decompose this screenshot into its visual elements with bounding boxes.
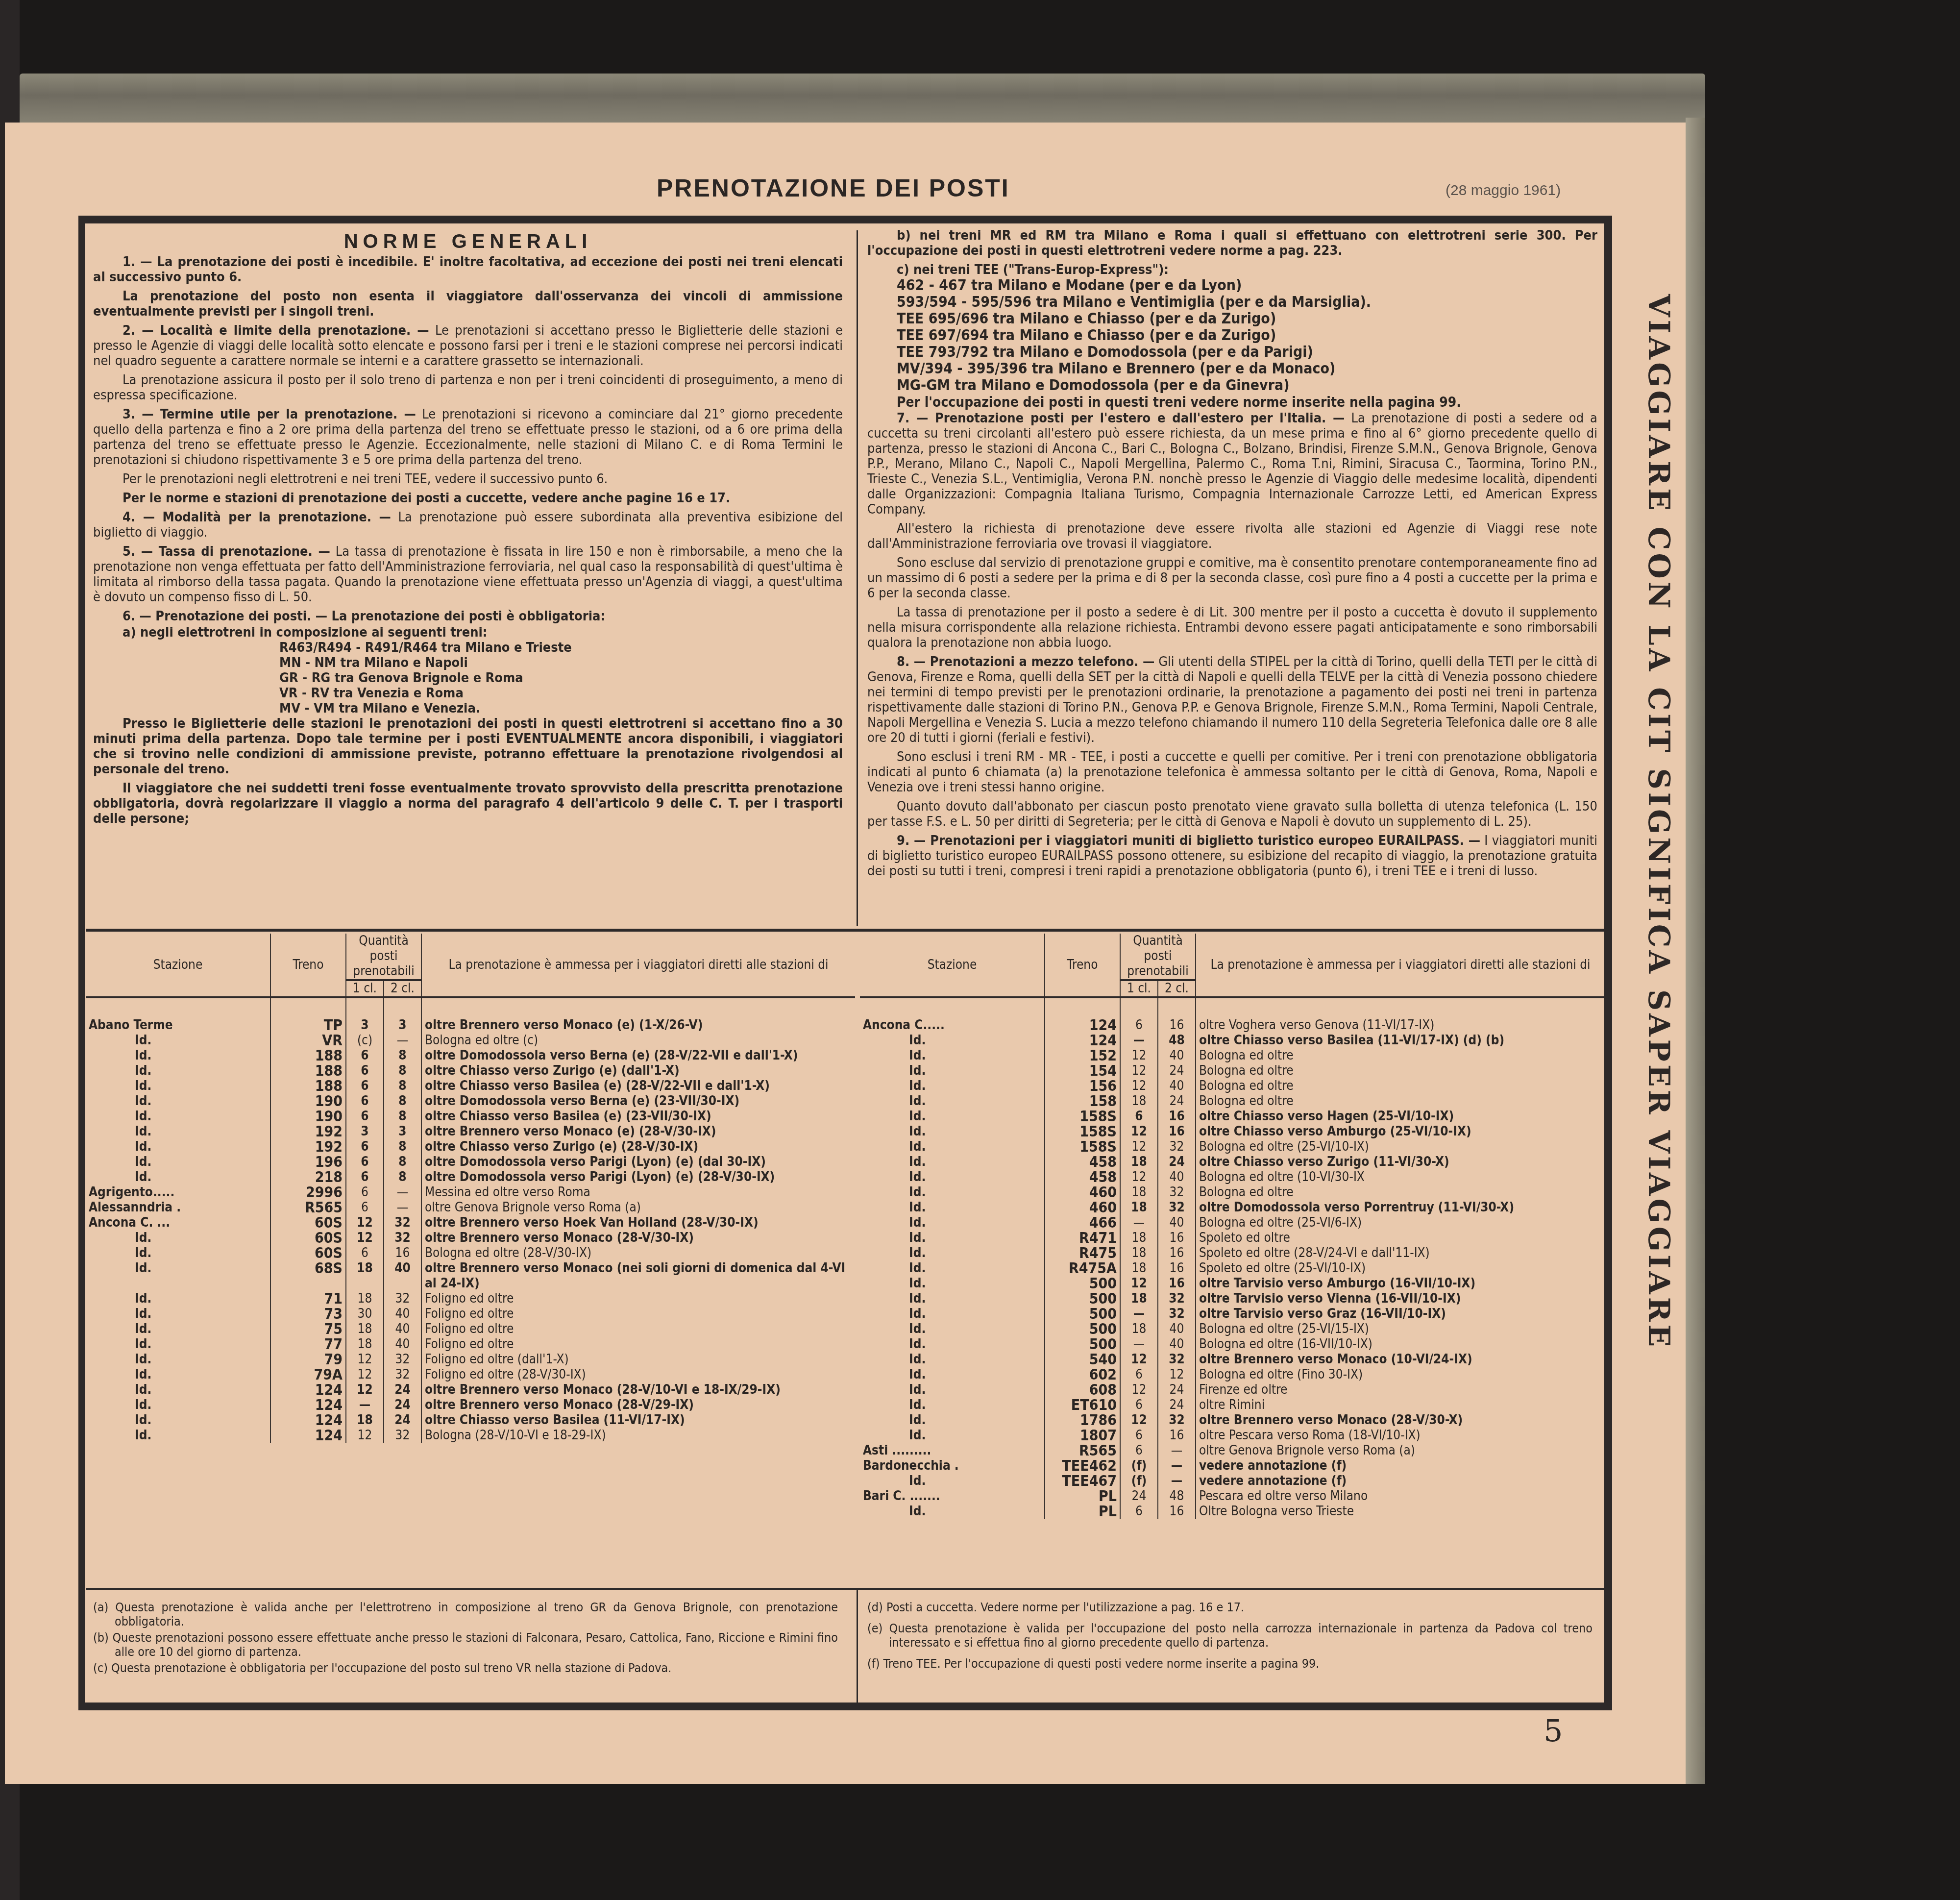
destination-cell: oltre Brennero verso Monaco (28-V/30-X) xyxy=(1196,1413,1605,1428)
second-class-seats-cell: 40 xyxy=(1158,1170,1196,1185)
col-header-treno: Treno xyxy=(270,934,346,997)
train-cell: TEE467 xyxy=(1045,1474,1120,1489)
train-cell: R475A xyxy=(1045,1261,1120,1276)
train-cell: 500 xyxy=(1045,1307,1120,1322)
destination-cell: oltre Chiasso verso Basilea (e) (28-V/22… xyxy=(421,1079,855,1094)
station-cell: Id. xyxy=(86,1124,270,1139)
destination-cell: oltre Domodossola verso Berna (e) (23-VI… xyxy=(421,1094,855,1109)
first-class-seats-cell: 12 xyxy=(1120,1276,1158,1291)
col-header-destinazione: La prenotazione è ammessa per i viaggiat… xyxy=(421,934,855,997)
first-class-seats-cell: 18 xyxy=(1120,1185,1158,1200)
train-cell: 158 xyxy=(1045,1094,1120,1109)
station-cell: Id. xyxy=(860,1215,1045,1231)
destination-cell: oltre Brennero verso Monaco (10-VI/24-IX… xyxy=(1196,1352,1605,1367)
second-class-seats-cell: 32 xyxy=(1158,1200,1196,1215)
first-class-seats-cell: 12 xyxy=(1120,1079,1158,1094)
col-header-2cl: 2 cl. xyxy=(384,980,421,997)
first-class-seats-cell: 12 xyxy=(346,1352,384,1367)
tee-train-line: TEE 697/694 tra Milano e Chiasso (per e … xyxy=(897,327,1597,344)
table-body-left: Abano TermeTP33oltre Brennero verso Mona… xyxy=(86,997,855,1443)
footnotes-column-divider xyxy=(857,1590,858,1710)
destination-cell: oltre Chiasso verso Hagen (25-VI/10-IX) xyxy=(1196,1109,1605,1124)
second-class-seats-cell: 8 xyxy=(384,1079,421,1094)
second-class-seats-cell: 16 xyxy=(1158,1109,1196,1124)
first-class-seats-cell: 12 xyxy=(346,1215,384,1231)
first-class-seats-cell: 6 xyxy=(346,1170,384,1185)
destination-cell: oltre Chiasso verso Basilea (11-VI/17-IX… xyxy=(421,1413,855,1428)
train-line: VR - RV tra Venezia e Roma xyxy=(279,686,843,701)
first-class-seats-cell: 6 xyxy=(346,1139,384,1155)
station-cell: Id. xyxy=(86,1094,270,1109)
table-row: Id.18868oltre Chiasso verso Zurigo (e) (… xyxy=(86,1063,855,1079)
table-row: Id.4581824oltre Chiasso verso Zurigo (11… xyxy=(860,1155,1605,1170)
station-cell: Id. xyxy=(860,1231,1045,1246)
norme-p8-title: 8. — Prenotazioni a mezzo telefono. — xyxy=(897,654,1154,669)
first-class-seats-cell: 12 xyxy=(1120,1124,1158,1139)
second-class-seats-cell: 3 xyxy=(384,1124,421,1139)
footnotes-divider xyxy=(86,1588,1605,1590)
station-cell: Alessanndria . xyxy=(86,1200,270,1215)
destination-cell: Spoleto ed oltre xyxy=(1196,1231,1605,1246)
norme-p6b: b) nei treni MR ed RM tra Milano e Roma … xyxy=(867,228,1597,258)
station-cell: Id. xyxy=(860,1322,1045,1337)
norme-right-column: b) nei treni MR ed RM tra Milano e Roma … xyxy=(867,228,1597,883)
first-class-seats-cell: 18 xyxy=(346,1291,384,1307)
destination-cell: Bologna ed oltre (c) xyxy=(421,1033,855,1048)
norme-p6a-trains: R463/R494 - R491/R464 tra Milano e Tries… xyxy=(279,640,843,716)
destination-cell: oltre Domodossola verso Parigi (Lyon) (e… xyxy=(421,1155,855,1170)
destination-cell: Bologna ed oltre (25-VI/10-IX) xyxy=(1196,1139,1605,1155)
table-row: Id.VR(c)—Bologna ed oltre (c) xyxy=(86,1033,855,1048)
train-cell: 124 xyxy=(270,1428,346,1443)
footnotes-right: (d) Posti a cuccetta. Vedere norme per l… xyxy=(867,1600,1592,1673)
table-row: Id.18868oltre Chiasso verso Basilea (e) … xyxy=(86,1079,855,1094)
norme-p8c: Quanto dovuto dall'abbonato per ciascun … xyxy=(867,799,1597,829)
station-cell: Id. xyxy=(86,1231,270,1246)
station-cell: Ancona C..... xyxy=(860,1018,1045,1033)
second-class-seats-cell: — xyxy=(384,1033,421,1048)
second-class-seats-cell: — xyxy=(1158,1474,1196,1489)
station-cell: Id. xyxy=(86,1307,270,1322)
destination-cell: Oltre Bologna verso Trieste xyxy=(1196,1504,1605,1519)
station-cell: Id. xyxy=(86,1170,270,1185)
second-class-seats-cell: 48 xyxy=(1158,1033,1196,1048)
table-row: Id.5401232oltre Brennero verso Monaco (1… xyxy=(860,1352,1605,1367)
table-row: Abano TermeTP33oltre Brennero verso Mona… xyxy=(86,1018,855,1033)
col-header-stazione: Stazione xyxy=(860,934,1045,997)
table-row: Ancona C.....124616oltre Voghera verso G… xyxy=(860,1018,1605,1033)
second-class-seats-cell: — xyxy=(384,1200,421,1215)
destination-cell: Foligno ed oltre (dall'1-X) xyxy=(421,1352,855,1367)
train-cell: 60S xyxy=(270,1231,346,1246)
table-row: Id.1241224oltre Brennero verso Monaco (2… xyxy=(86,1382,855,1398)
second-class-seats-cell: — xyxy=(1158,1458,1196,1474)
first-class-seats-cell: — xyxy=(346,1398,384,1413)
train-cell: 124 xyxy=(1045,1033,1120,1048)
norme-p3-title: 3. — Termine utile per la prenotazione. … xyxy=(122,407,416,422)
train-cell: 188 xyxy=(270,1063,346,1079)
train-cell: 158S xyxy=(1045,1124,1120,1139)
train-cell: 124 xyxy=(270,1382,346,1398)
first-class-seats-cell: 12 xyxy=(346,1231,384,1246)
second-class-seats-cell: 40 xyxy=(384,1261,421,1291)
first-class-seats-cell: (f) xyxy=(1120,1474,1158,1489)
station-cell: Id. xyxy=(860,1337,1045,1352)
train-cell: 73 xyxy=(270,1307,346,1322)
second-class-seats-cell: 3 xyxy=(384,1018,421,1033)
table-row: Asti .........R5656—oltre Genova Brignol… xyxy=(860,1443,1605,1458)
destination-cell: Foligno ed oltre xyxy=(421,1307,855,1322)
first-class-seats-cell: 12 xyxy=(1120,1413,1158,1428)
train-cell: R475 xyxy=(1045,1246,1120,1261)
tee-train-line: MG-GM tra Milano e Domodossola (per e da… xyxy=(897,377,1597,394)
train-cell: 500 xyxy=(1045,1276,1120,1291)
train-cell: 190 xyxy=(270,1109,346,1124)
train-cell: ET610 xyxy=(1045,1398,1120,1413)
station-cell: Id. xyxy=(86,1063,270,1079)
tee-train-line: 462 - 467 tra Milano e Modane (per e da … xyxy=(897,277,1597,294)
destination-cell: vedere annotazione (f) xyxy=(1196,1474,1605,1489)
table-row: Id.5001832oltre Tarvisio verso Vienna (1… xyxy=(860,1291,1605,1307)
norme-left-column: NORME GENERALI 1. — La prenotazione dei … xyxy=(93,230,843,830)
destination-cell: oltre Chiasso verso Zurigo (e) (28-V/30-… xyxy=(421,1139,855,1155)
station-cell: Id. xyxy=(86,1367,270,1382)
footnote-f: (f) Treno TEE. Per l'occupazione di ques… xyxy=(867,1656,1592,1671)
col-header-treno: Treno xyxy=(1045,934,1120,997)
second-class-seats-cell: 16 xyxy=(1158,1428,1196,1443)
first-class-seats-cell: 18 xyxy=(346,1337,384,1352)
station-cell: Id. xyxy=(86,1352,270,1367)
table-row: Id.500—40Bologna ed oltre (16-VII/10-IX) xyxy=(860,1337,1605,1352)
train-cell: 460 xyxy=(1045,1200,1120,1215)
second-class-seats-cell: 16 xyxy=(1158,1231,1196,1246)
second-class-seats-cell: 16 xyxy=(1158,1246,1196,1261)
table-row: Id.6081224Firenze ed oltre xyxy=(860,1382,1605,1398)
table-row: Id.158S616oltre Chiasso verso Hagen (25-… xyxy=(860,1109,1605,1124)
train-cell: R565 xyxy=(1045,1443,1120,1458)
destination-cell: Foligno ed oltre xyxy=(421,1322,855,1337)
train-cell: TP xyxy=(270,1018,346,1033)
second-class-seats-cell: 8 xyxy=(384,1048,421,1063)
train-cell: 156 xyxy=(1045,1079,1120,1094)
table-row: Id.5001216oltre Tarvisio verso Amburgo (… xyxy=(860,1276,1605,1291)
second-class-seats-cell: 32 xyxy=(384,1231,421,1246)
second-class-seats-cell: 32 xyxy=(384,1291,421,1307)
destination-cell: Bologna ed oltre xyxy=(1196,1048,1605,1063)
norme-heading: NORME GENERALI xyxy=(93,234,843,249)
station-cell: Id. xyxy=(860,1276,1045,1291)
norme-p5: 5. — Tassa di prenotazione. — La tassa d… xyxy=(93,544,843,605)
train-cell: R471 xyxy=(1045,1231,1120,1246)
first-class-seats-cell: 6 xyxy=(346,1200,384,1215)
norme-p2: 2. — Località e limite della prenotazion… xyxy=(93,323,843,369)
first-class-seats-cell: 18 xyxy=(1120,1231,1158,1246)
second-class-seats-cell: — xyxy=(384,1185,421,1200)
table-row: Id.466—40Bologna ed oltre (25-VI/6-IX) xyxy=(860,1215,1605,1231)
tee-train-line: TEE 793/792 tra Milano e Domodossola (pe… xyxy=(897,344,1597,361)
first-class-seats-cell: 3 xyxy=(346,1018,384,1033)
station-cell: Id. xyxy=(860,1124,1045,1139)
norme-p5-title: 5. — Tassa di prenotazione. — xyxy=(122,544,330,559)
train-cell: TEE462 xyxy=(1045,1458,1120,1474)
norme-p3b: Per le prenotazioni negli elettrotreni e… xyxy=(93,471,843,487)
station-cell: Id. xyxy=(860,1352,1045,1367)
second-class-seats-cell: 32 xyxy=(1158,1352,1196,1367)
first-class-seats-cell: 6 xyxy=(1120,1398,1158,1413)
table-row: Agrigento.....29966—Messina ed oltre ver… xyxy=(86,1185,855,1200)
reservation-table-right: Stazione Treno Quantità posti prenotabil… xyxy=(860,934,1605,1519)
second-class-seats-cell: 40 xyxy=(1158,1079,1196,1094)
train-cell: 71 xyxy=(270,1291,346,1307)
table-row: Id.19068oltre Domodossola verso Berna (e… xyxy=(86,1094,855,1109)
footnotes-left: (a) Questa prenotazione è valida anche p… xyxy=(93,1600,838,1677)
destination-cell: oltre Brennero verso Hoek Van Holland (2… xyxy=(421,1215,855,1231)
second-class-seats-cell: 8 xyxy=(384,1139,421,1155)
station-cell: Id. xyxy=(860,1109,1045,1124)
first-class-seats-cell: 18 xyxy=(346,1322,384,1337)
first-class-seats-cell: — xyxy=(1120,1307,1158,1322)
first-class-seats-cell: (f) xyxy=(1120,1458,1158,1474)
first-class-seats-cell: 6 xyxy=(346,1063,384,1079)
norme-p7-title: 7. — Prenotazione posti per l'estero e d… xyxy=(897,411,1345,426)
destination-cell: oltre Tarvisio verso Graz (16-VII/10-IX) xyxy=(1196,1307,1605,1322)
second-class-seats-cell: 40 xyxy=(384,1322,421,1337)
station-cell: Id. xyxy=(86,1337,270,1352)
first-class-seats-cell: 18 xyxy=(1120,1246,1158,1261)
destination-cell: oltre Chiasso verso Zurigo (11-VI/30-X) xyxy=(1196,1155,1605,1170)
norme-p6-presso: Presso le Biglietterie delle stazioni le… xyxy=(93,716,843,777)
table-row: Id.17861232oltre Brennero verso Monaco (… xyxy=(860,1413,1605,1428)
norme-p4: 4. — Modalità per la prenotazione. — La … xyxy=(93,510,843,540)
second-class-seats-cell: 16 xyxy=(1158,1504,1196,1519)
first-class-seats-cell: 6 xyxy=(346,1094,384,1109)
train-line: MV - VM tra Milano e Venezia. xyxy=(279,701,843,716)
station-cell: Agrigento..... xyxy=(86,1185,270,1200)
col-header-1cl: 1 cl. xyxy=(1120,980,1158,997)
footnote-d: (d) Posti a cuccetta. Vedere norme per l… xyxy=(867,1600,1592,1614)
destination-cell: Bologna ed oltre (Fino 30-IX) xyxy=(1196,1367,1605,1382)
first-class-seats-cell: 12 xyxy=(1120,1048,1158,1063)
station-cell: Id. xyxy=(860,1200,1045,1215)
table-row: Id.1521240Bologna ed oltre xyxy=(860,1048,1605,1063)
station-cell: Id. xyxy=(860,1033,1045,1048)
first-class-seats-cell: 6 xyxy=(1120,1367,1158,1382)
table-row: Id.19668oltre Domodossola verso Parigi (… xyxy=(86,1155,855,1170)
tee-train-line: MV/394 - 395/396 tra Milano e Brennero (… xyxy=(897,361,1597,377)
station-cell: Id. xyxy=(86,1246,270,1261)
first-class-seats-cell: 6 xyxy=(346,1185,384,1200)
train-cell: 188 xyxy=(270,1079,346,1094)
second-class-seats-cell: 24 xyxy=(1158,1398,1196,1413)
destination-cell: oltre Rimini xyxy=(1196,1398,1605,1413)
first-class-seats-cell: 6 xyxy=(1120,1504,1158,1519)
first-class-seats-cell: 6 xyxy=(346,1109,384,1124)
train-cell: 60S xyxy=(270,1246,346,1261)
first-class-seats-cell: 3 xyxy=(346,1124,384,1139)
first-class-seats-cell: 24 xyxy=(1120,1489,1158,1504)
destination-cell: oltre Tarvisio verso Vienna (16-VII/10-I… xyxy=(1196,1291,1605,1307)
first-class-seats-cell: (c) xyxy=(346,1033,384,1048)
train-cell: 124 xyxy=(1045,1018,1120,1033)
table-row: Id.19068oltre Chiasso verso Basilea (e) … xyxy=(86,1109,855,1124)
station-cell: Id. xyxy=(86,1033,270,1048)
second-class-seats-cell: 24 xyxy=(384,1398,421,1413)
destination-cell: Bologna ed oltre (16-VII/10-IX) xyxy=(1196,1337,1605,1352)
footnote-c: (c) Questa prenotazione è obbligatoria p… xyxy=(93,1661,838,1675)
first-class-seats-cell: — xyxy=(1120,1215,1158,1231)
first-class-seats-cell: 18 xyxy=(346,1261,384,1291)
train-cell: 500 xyxy=(1045,1322,1120,1337)
station-cell: Id. xyxy=(860,1048,1045,1063)
destination-cell: oltre Brennero verso Monaco (nei soli gi… xyxy=(421,1261,855,1291)
second-class-seats-cell: 24 xyxy=(1158,1094,1196,1109)
second-class-seats-cell: 24 xyxy=(384,1382,421,1398)
second-class-seats-cell: 32 xyxy=(1158,1307,1196,1322)
footnote-a: (a) Questa prenotazione è valida anche p… xyxy=(93,1600,838,1629)
page-number: 5 xyxy=(1543,1713,1563,1749)
col-header-quantita: Quantità posti prenotabili xyxy=(1120,934,1196,980)
station-cell: Bardonecchia . xyxy=(860,1458,1045,1474)
second-class-seats-cell: 32 xyxy=(1158,1185,1196,1200)
train-cell: 192 xyxy=(270,1124,346,1139)
train-cell: 540 xyxy=(1045,1352,1120,1367)
destination-cell: Bologna ed oltre (10-VI/30-IX xyxy=(1196,1170,1605,1185)
first-class-seats-cell: 12 xyxy=(346,1428,384,1443)
second-class-seats-cell: 16 xyxy=(1158,1261,1196,1276)
norme-p2-title: 2. — Località e limite della prenotazion… xyxy=(122,323,429,338)
destination-cell: oltre Genova Brignole verso Roma (a) xyxy=(421,1200,855,1215)
destination-cell: oltre Brennero verso Monaco (28-V/29-IX) xyxy=(421,1398,855,1413)
station-cell: Id. xyxy=(860,1291,1045,1307)
second-class-seats-cell: 32 xyxy=(1158,1291,1196,1307)
first-class-seats-cell: 30 xyxy=(346,1307,384,1322)
table-row: Id.4601832oltre Domodossola verso Porren… xyxy=(860,1200,1605,1215)
tee-train-line: TEE 695/696 tra Milano e Chiasso (per e … xyxy=(897,311,1597,327)
second-class-seats-cell: 8 xyxy=(384,1109,421,1124)
second-class-seats-cell: 8 xyxy=(384,1155,421,1170)
norme-p6: 6. — Prenotazione dei posti. — La prenot… xyxy=(93,609,843,624)
table-row: Id.1807616oltre Pescara verso Roma (18-V… xyxy=(860,1428,1605,1443)
station-cell: Id. xyxy=(86,1155,270,1170)
table-row: Id.500—32oltre Tarvisio verso Graz (16-V… xyxy=(860,1307,1605,1322)
col-header-quantita: Quantità posti prenotabili xyxy=(346,934,421,980)
table-row: Id.19233oltre Brennero verso Monaco (e) … xyxy=(86,1124,855,1139)
train-cell: 152 xyxy=(1045,1048,1120,1063)
train-cell: 75 xyxy=(270,1322,346,1337)
table-row: Alessanndria .R5656—oltre Genova Brignol… xyxy=(86,1200,855,1215)
first-class-seats-cell: 6 xyxy=(1120,1109,1158,1124)
first-class-seats-cell: 6 xyxy=(346,1246,384,1261)
destination-cell: Bologna ed oltre (25-VI/6-IX) xyxy=(1196,1215,1605,1231)
train-cell: 460 xyxy=(1045,1185,1120,1200)
station-cell: Id. xyxy=(86,1109,270,1124)
second-class-seats-cell: 8 xyxy=(384,1063,421,1079)
table-row: Id.711832Foligno ed oltre xyxy=(86,1291,855,1307)
norme-p3c: Per le norme e stazioni di prenotazione … xyxy=(93,491,843,506)
destination-cell: oltre Pescara verso Roma (18-VI/10-IX) xyxy=(1196,1428,1605,1443)
station-cell: Id. xyxy=(86,1291,270,1307)
train-cell: 500 xyxy=(1045,1291,1120,1307)
table-row: Id.124—48oltre Chiasso verso Basilea (11… xyxy=(860,1033,1605,1048)
station-cell: Id. xyxy=(860,1428,1045,1443)
train-cell: PL xyxy=(1045,1504,1120,1519)
first-class-seats-cell: 18 xyxy=(1120,1094,1158,1109)
second-class-seats-cell: 24 xyxy=(1158,1382,1196,1398)
second-class-seats-cell: 16 xyxy=(1158,1276,1196,1291)
col-header-stazione: Stazione xyxy=(86,934,270,997)
train-line: R463/R494 - R491/R464 tra Milano e Tries… xyxy=(279,640,843,655)
norme-p7-text: La prenotazione di posti a sedere od a c… xyxy=(867,411,1597,517)
table-row: Id.60S616Bologna ed oltre (28-V/30-IX) xyxy=(86,1246,855,1261)
train-cell: 602 xyxy=(1045,1367,1120,1382)
table-row: Bari C. .......PL2448Pescara ed oltre ve… xyxy=(860,1489,1605,1504)
col-header-destinazione: La prenotazione è ammessa per i viaggiat… xyxy=(1196,934,1605,997)
destination-cell: Spoleto ed oltre (25-VI/10-IX) xyxy=(1196,1261,1605,1276)
station-cell: Id. xyxy=(86,1079,270,1094)
norme-p6a: a) negli elettrotreni in composizione ai… xyxy=(122,625,843,640)
destination-cell: oltre Voghera verso Genova (11-VI/17-IX) xyxy=(1196,1018,1605,1033)
station-cell: Id. xyxy=(860,1398,1045,1413)
table-row: Id.21868oltre Domodossola verso Parigi (… xyxy=(86,1170,855,1185)
station-cell: Id. xyxy=(860,1413,1045,1428)
footnote-e: (e) Questa prenotazione è valida per l'o… xyxy=(867,1621,1592,1650)
second-class-seats-cell: 40 xyxy=(1158,1048,1196,1063)
second-class-seats-cell: 8 xyxy=(384,1170,421,1185)
destination-cell: Foligno ed oltre xyxy=(421,1291,855,1307)
station-cell: Id. xyxy=(860,1155,1045,1170)
train-cell: 2996 xyxy=(270,1185,346,1200)
train-cell: R565 xyxy=(270,1200,346,1215)
destination-cell: oltre Domodossola verso Berna (e) (28-V/… xyxy=(421,1048,855,1063)
col-header-2cl: 2 cl. xyxy=(1158,980,1196,997)
table-row: Id.5001840Bologna ed oltre (25-VI/15-IX) xyxy=(860,1322,1605,1337)
train-cell: 154 xyxy=(1045,1063,1120,1079)
table-row: Id.751840Foligno ed oltre xyxy=(86,1322,855,1337)
table-row: Id.1561240Bologna ed oltre xyxy=(860,1079,1605,1094)
table-row: Id.R4711816Spoleto ed oltre xyxy=(860,1231,1605,1246)
destination-cell: Bologna ed oltre xyxy=(1196,1063,1605,1079)
train-cell: 196 xyxy=(270,1155,346,1170)
table-row: Ancona C. ...60S1232oltre Brennero verso… xyxy=(86,1215,855,1231)
norme-p7c: Sono escluse dal servizio di prenotazion… xyxy=(867,555,1597,601)
table-row: Id.1241232Bologna (28-V/10-VI e 18-29-IX… xyxy=(86,1428,855,1443)
page-title: PRENOTAZIONE DEI POSTI xyxy=(657,174,1010,202)
destination-cell: Bologna ed oltre xyxy=(1196,1079,1605,1094)
first-class-seats-cell: 6 xyxy=(1120,1428,1158,1443)
norme-p9-title: 9. — Prenotazioni per i viaggiatori muni… xyxy=(897,833,1480,848)
norme-p2b: La prenotazione assicura il posto per il… xyxy=(93,372,843,403)
destination-cell: oltre Domodossola verso Parigi (Lyon) (e… xyxy=(421,1170,855,1185)
destination-cell: oltre Domodossola verso Porrentruy (11-V… xyxy=(1196,1200,1605,1215)
station-cell: Id. xyxy=(86,1398,270,1413)
first-class-seats-cell: — xyxy=(1120,1337,1158,1352)
train-cell: 79A xyxy=(270,1367,346,1382)
first-class-seats-cell: 12 xyxy=(1120,1063,1158,1079)
destination-cell: oltre Brennero verso Monaco (e) (28-V/30… xyxy=(421,1124,855,1139)
destination-cell: Foligno ed oltre (28-V/30-IX) xyxy=(421,1367,855,1382)
station-cell: Id. xyxy=(860,1185,1045,1200)
station-cell: Ancona C. ... xyxy=(86,1215,270,1231)
norme-p1b: La prenotazione del posto non esenta il … xyxy=(93,289,843,319)
station-cell: Id. xyxy=(860,1367,1045,1382)
table-row: Id.4581240Bologna ed oltre (10-VI/30-IX xyxy=(860,1170,1605,1185)
second-class-seats-cell: 40 xyxy=(1158,1322,1196,1337)
table-row: Id.733040Foligno ed oltre xyxy=(86,1307,855,1322)
second-class-seats-cell: 32 xyxy=(384,1215,421,1231)
first-class-seats-cell: 18 xyxy=(1120,1155,1158,1170)
first-class-seats-cell: — xyxy=(1120,1033,1158,1048)
section-divider xyxy=(86,929,1605,932)
